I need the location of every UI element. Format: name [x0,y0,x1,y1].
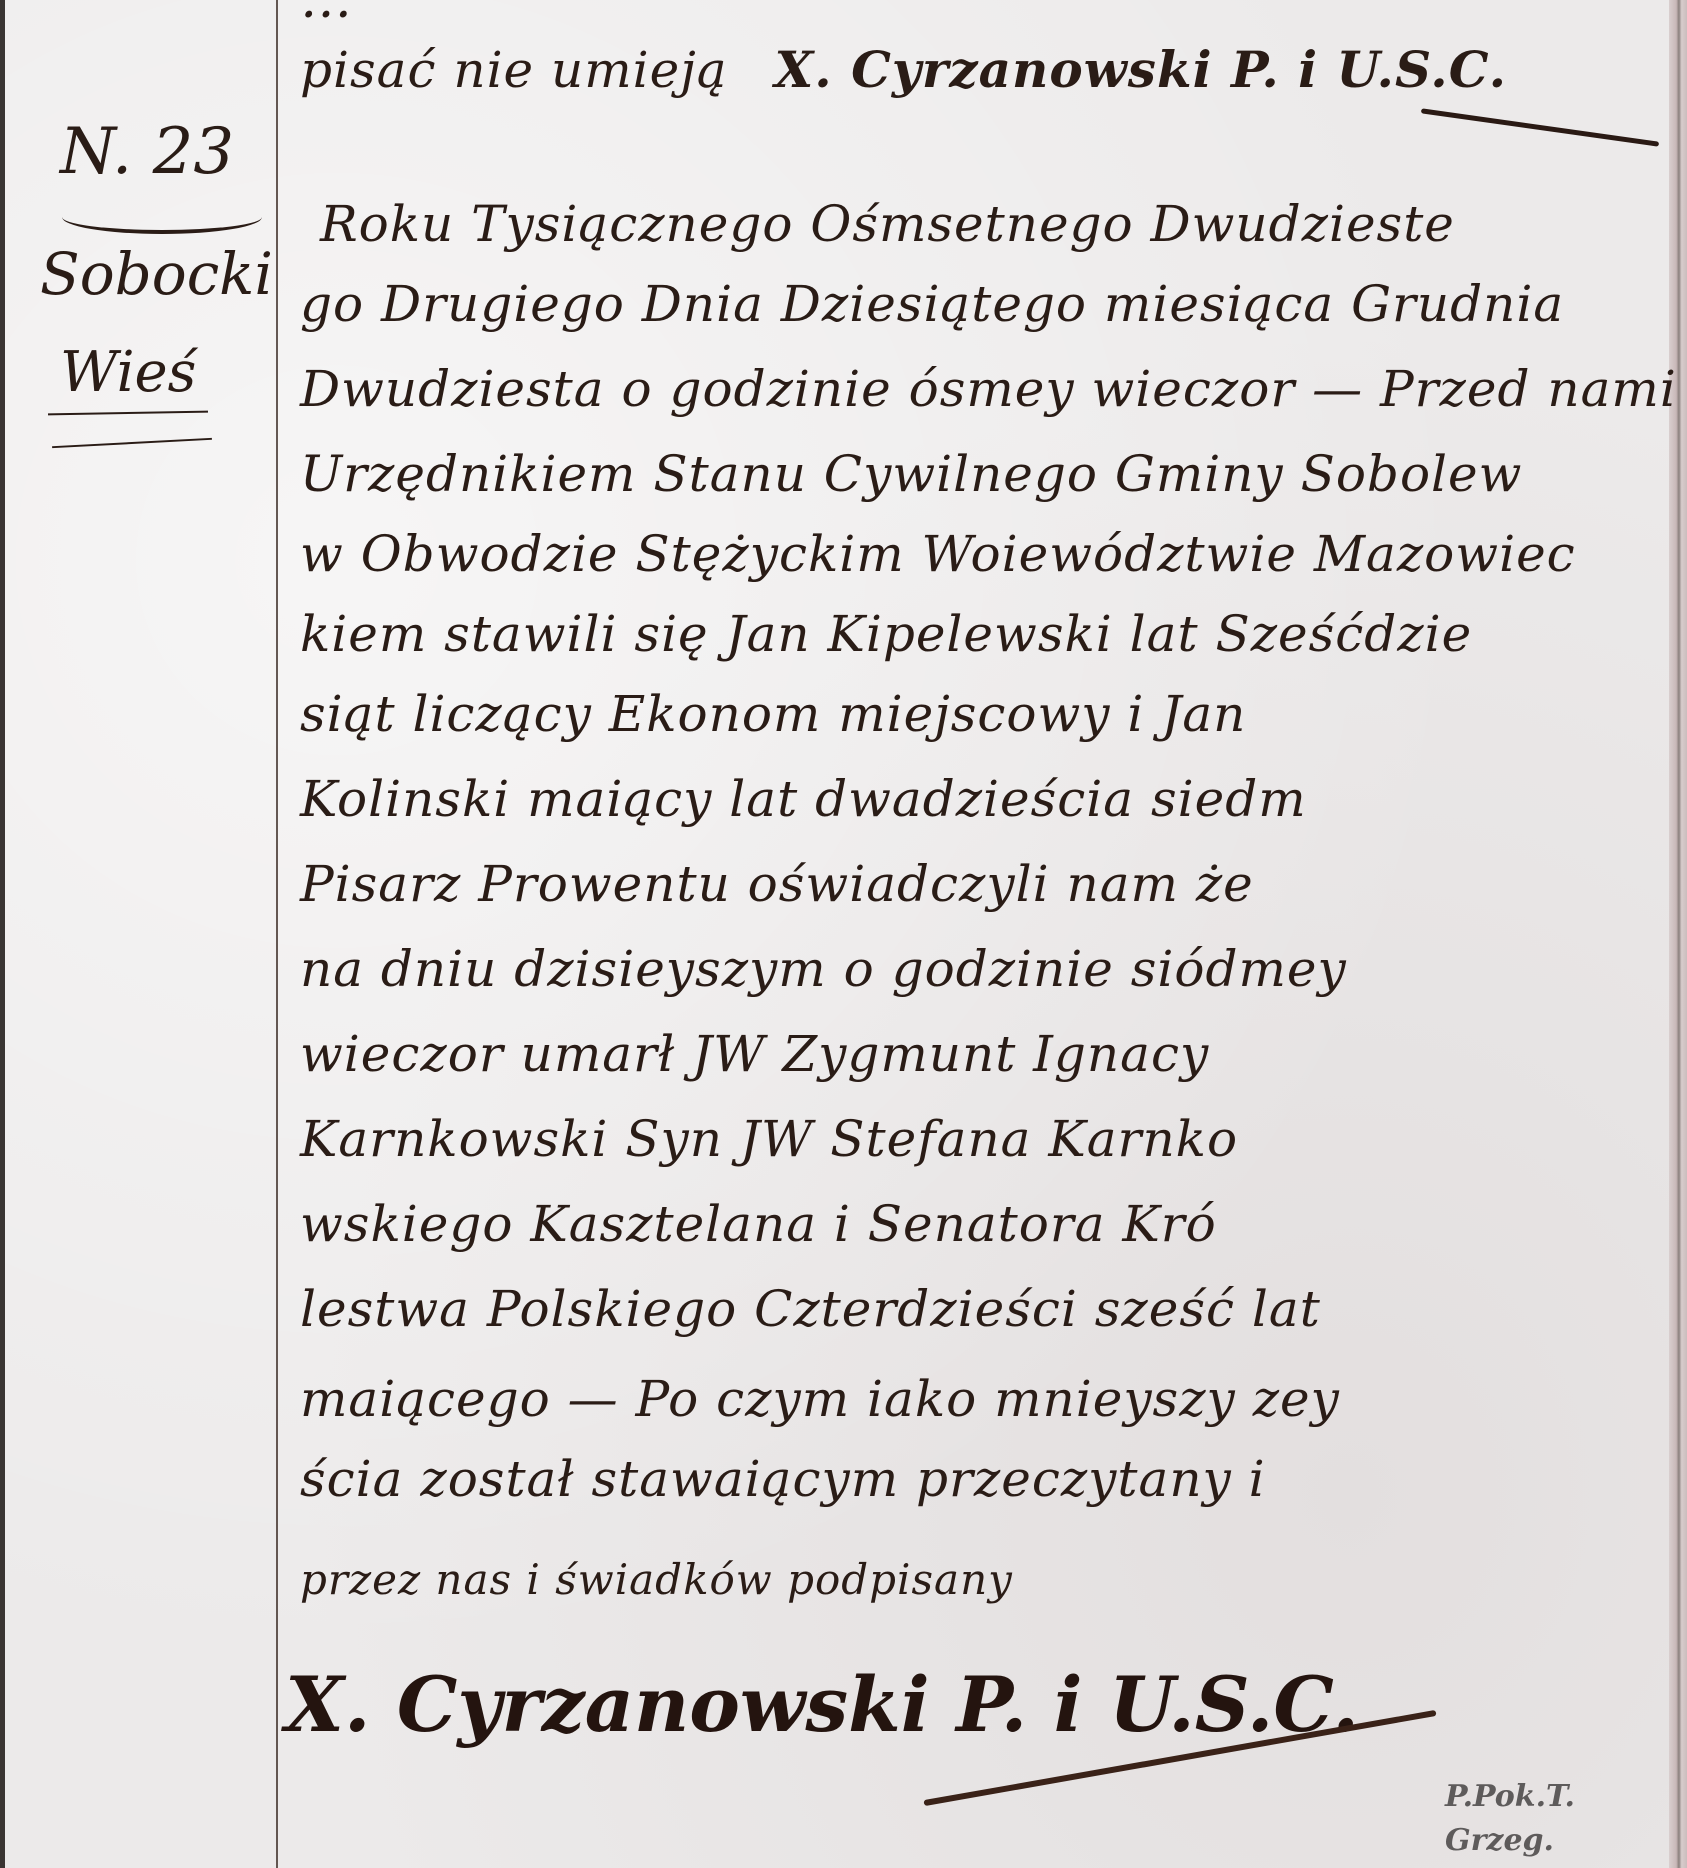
margin-underline [48,411,208,416]
entry-line-17: przez nas i świadków podpisany [300,1555,1013,1604]
entry-line-5: w Obwodzie Stężyckim Woiewództwie Mazowi… [300,525,1576,583]
margin-surname: Sobocki [40,240,273,308]
entry-line-1: Roku Tysiącznego Ośmsetnego Dwudzieste [320,195,1455,253]
margin-place-type: Wieś [60,340,196,405]
entry-line-15: maiącego — Po czym iako mnieyszy zey [300,1370,1340,1428]
page-binding-edge [1669,0,1687,1868]
entry-line-3: Dwudziesta o godzinie ósmey wieczor — Pr… [300,360,1677,418]
archive-stamp-line-1: P.Pok.T. [1445,1775,1575,1819]
previous-entry-signature: X. Cyrzanowski P. i U.S.C. [774,40,1507,99]
margin-rule-line [276,0,278,1868]
officiant-signature: X. Cyrzanowski P. i U.S.C. [285,1660,1359,1749]
entry-line-16: ścia został stawaiącym przeczytany i [300,1450,1266,1508]
entry-line-14: lestwa Polskiego Czterdzieści sześć lat [300,1280,1321,1338]
entry-line-9: Pisarz Prowentu oświadczyli nam że [300,855,1254,913]
entry-line-10: na dniu dzisieyszym o godzinie siódmey [300,940,1347,998]
previous-entry-closing-text: pisać nie umieją [300,41,728,99]
archive-stamp-line-2: Grzeg. [1445,1819,1575,1863]
entry-line-13: wskiego Kasztelana i Senatora Kró [300,1195,1217,1253]
entry-line-6: kiem stawili się Jan Kipelewski lat Sześ… [300,605,1472,663]
scan-left-edge [0,0,5,1868]
entry-line-11: wieczor umarł JW Zygmunt Ignacy [300,1025,1209,1083]
margin-underline [52,438,212,448]
margin-entry-number: N. 23 [60,115,234,189]
archive-stamp: P.Pok.T. Grzeg. [1445,1775,1575,1863]
previous-entry-top-line: … [300,0,353,30]
entry-line-4: Urzędnikiem Stanu Cywilnego Gminy Sobole… [300,445,1522,503]
document-page: N. 23 Sobocki Wieś … pisać nie umieją X.… [0,0,1687,1868]
previous-entry-closing-line: pisać nie umieją X. Cyrzanowski P. i U.S… [300,40,1507,99]
entry-line-7: siąt liczący Ekonom miejscowy i Jan [300,685,1246,743]
previous-signature-flourish [1421,108,1659,146]
margin-brace-flourish [62,200,262,234]
entry-line-8: Kolinski maiący lat dwadzieścia siedm [300,770,1307,828]
entry-line-12: Karnkowski Syn JW Stefana Karnko [300,1110,1238,1168]
entry-line-2: go Drugiego Dnia Dziesiątego miesiąca Gr… [300,275,1564,333]
